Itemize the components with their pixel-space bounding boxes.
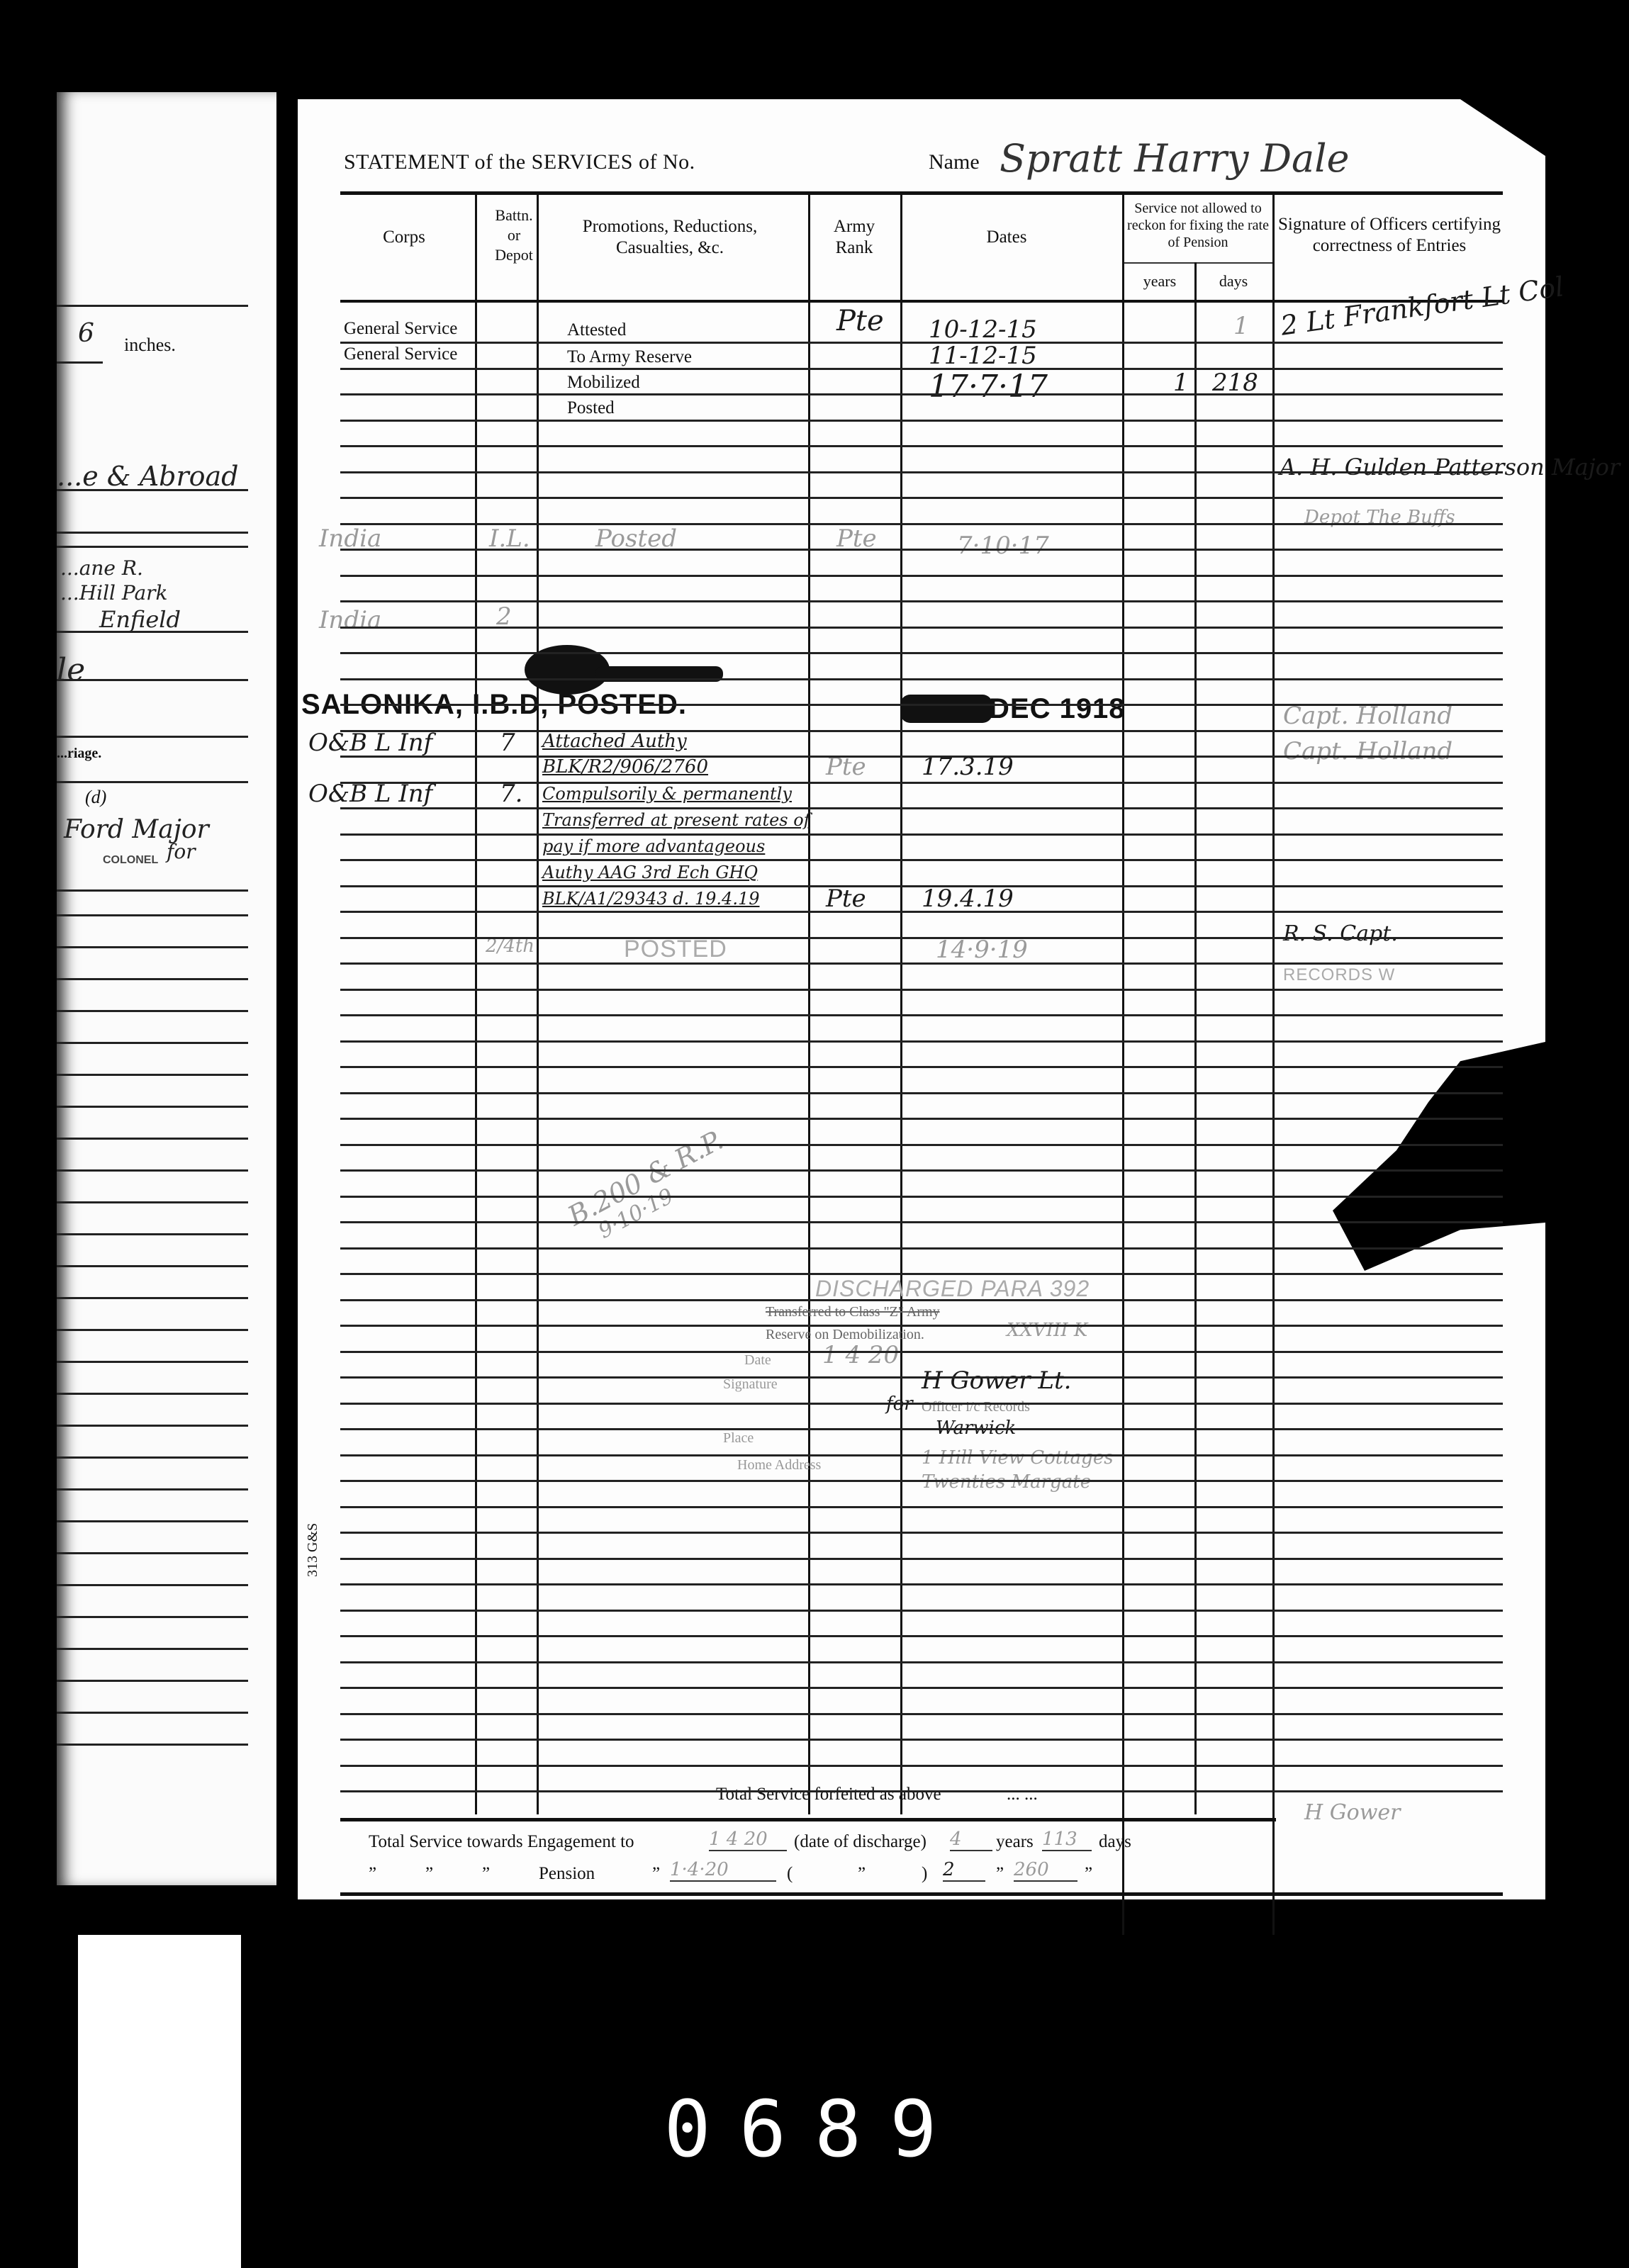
marriage-label: ...riage. xyxy=(57,746,101,762)
row-rule xyxy=(340,1325,1503,1327)
row-rule xyxy=(340,600,1503,602)
col-divider xyxy=(1194,262,1197,1814)
row-rule xyxy=(340,1196,1503,1198)
row-rule xyxy=(340,1169,1503,1172)
row-rule xyxy=(340,962,1503,965)
row7-event: Attached Authy BLK/R2/906/2760 xyxy=(542,729,805,780)
row4-event: Posted xyxy=(567,398,615,418)
row-rule xyxy=(340,1144,1503,1146)
signature-1: 2 Lt Frankfort Lt Col xyxy=(1279,271,1566,342)
row-rule xyxy=(340,704,1503,706)
row1-event: Attested xyxy=(567,320,626,340)
strip-rule xyxy=(57,978,248,980)
row2-date: 11-12-15 xyxy=(929,342,1037,370)
ditto-7: ” xyxy=(1085,1864,1092,1884)
row-rule xyxy=(340,1790,1503,1792)
pension-days: 260 xyxy=(1014,1859,1077,1882)
strip-hand-short: le xyxy=(57,652,85,688)
name-value: Spratt Harry Dale xyxy=(1000,136,1349,181)
strip-rule xyxy=(57,1680,248,1682)
form-code: 313 G&S xyxy=(305,1523,321,1577)
discharge-signature-label: Signature xyxy=(723,1376,778,1393)
engagement-years: 4 xyxy=(950,1829,992,1851)
row-rule xyxy=(340,627,1503,629)
discharge-place-label: Place xyxy=(723,1430,754,1447)
row-rule xyxy=(340,1014,1503,1016)
row-rule xyxy=(340,1610,1503,1612)
row1-date: 10-12-15 xyxy=(929,315,1037,344)
strip-rule xyxy=(57,889,248,892)
row-rule xyxy=(340,1118,1503,1120)
row-rule xyxy=(340,1299,1503,1301)
row-rule xyxy=(340,652,1503,654)
service-record-page: STATEMENT of the SERVICES of No. Name Sp… xyxy=(298,99,1545,1899)
row-rule xyxy=(340,885,1503,887)
ditto-3: ” xyxy=(482,1864,490,1884)
inches-label: inches. xyxy=(124,335,176,356)
row7-corps: O&B L Inf xyxy=(308,729,432,757)
discharge-para-code: XXVIII K xyxy=(1007,1320,1087,1341)
row2-event: To Army Reserve xyxy=(567,347,692,367)
row-rule xyxy=(340,1066,1503,1068)
header-army-rank: Army Rank xyxy=(822,216,886,259)
engagement-days: 113 xyxy=(1042,1829,1092,1851)
footnote-d: (d) xyxy=(85,787,106,808)
subheader-rule xyxy=(1124,262,1273,264)
strip-rule xyxy=(57,1648,248,1650)
strip-rule xyxy=(57,1488,248,1491)
row-rule xyxy=(340,393,1503,395)
ditto-4: ” xyxy=(652,1864,660,1884)
dec-1918-stamp: DEC 1918 xyxy=(989,693,1126,725)
col-divider xyxy=(900,191,902,1814)
row-rule xyxy=(340,989,1503,991)
header-rule-bottom xyxy=(340,300,1503,303)
row8-corps: O&B L Inf xyxy=(308,780,432,808)
row-rule xyxy=(340,1376,1503,1379)
row3-date: 17·7·17 xyxy=(929,369,1048,405)
strip-rule xyxy=(57,1201,248,1203)
row-rule xyxy=(340,1403,1503,1405)
row-rule xyxy=(340,575,1503,577)
row9-date: 14·9·19 xyxy=(936,936,1028,964)
ditto-5: ” xyxy=(858,1864,866,1884)
strip-rule xyxy=(57,781,248,783)
row6-corps: India xyxy=(319,606,381,634)
pension-years: 2 xyxy=(943,1859,985,1882)
discharge-signature-value: H Gower Lt. xyxy=(922,1366,1071,1395)
row-rule xyxy=(340,730,1503,732)
row-rule xyxy=(340,1040,1503,1043)
row-rule xyxy=(340,420,1503,422)
page-title: STATEMENT of the SERVICES of No. xyxy=(344,150,695,174)
strip-rule xyxy=(57,532,248,534)
discharge-label: (date of discharge) xyxy=(794,1832,927,1852)
col-divider xyxy=(537,191,539,1814)
strip-rule xyxy=(57,679,248,681)
row8-date: 19.4.19 xyxy=(922,885,1014,913)
row-rule xyxy=(340,1635,1503,1637)
row-rule xyxy=(340,1428,1503,1430)
officer-suffix: for xyxy=(167,840,196,863)
strip-rule xyxy=(57,546,248,548)
strip-rule xyxy=(57,305,248,307)
years-label: years xyxy=(996,1832,1034,1852)
signature-2: A. H. Gulden Patterson Major xyxy=(1280,454,1620,481)
row1-corps: General Service xyxy=(344,319,457,339)
strip-rule xyxy=(57,1010,248,1012)
strip-rule xyxy=(57,1329,248,1331)
engagement-date: 1 4 20 xyxy=(709,1829,787,1851)
col-divider xyxy=(1272,191,1275,1935)
row-rule xyxy=(340,833,1503,836)
forfeited-label: Total Service forfeited as above xyxy=(716,1785,941,1804)
discharge-address-label: Home Address xyxy=(737,1457,821,1473)
row8-rank: Pte xyxy=(826,885,866,913)
strip-rule xyxy=(57,1361,248,1363)
strip-rule xyxy=(57,1552,248,1554)
pension-label: Pension xyxy=(539,1864,595,1884)
row-rule xyxy=(340,368,1503,370)
header-corps: Corps xyxy=(347,227,461,248)
row-rule xyxy=(340,1273,1503,1275)
header-rule-top xyxy=(340,191,1503,195)
col-divider xyxy=(1122,191,1124,1935)
row-rule xyxy=(340,1092,1503,1094)
name-label: Name xyxy=(929,150,980,174)
discharge-address-value: 1 Hill View Cottages Twenties Margate xyxy=(922,1446,1134,1494)
row2-corps: General Service xyxy=(344,344,457,364)
ditto-1: ” xyxy=(369,1864,376,1884)
strip-rule xyxy=(57,1584,248,1586)
row3-event: Mobilized xyxy=(567,373,640,393)
header-signature: Signature of Officers certifying correct… xyxy=(1276,214,1503,257)
row-rule xyxy=(340,937,1503,939)
row-rule xyxy=(340,859,1503,861)
row-rule xyxy=(340,911,1503,913)
strip-rule xyxy=(57,914,248,916)
row-rule xyxy=(340,807,1503,809)
row-rule xyxy=(340,1765,1503,1767)
row9-event: POSTED xyxy=(624,936,727,963)
discharge-officer-label: Officer i/c Records xyxy=(922,1399,1030,1415)
header-dates: Dates xyxy=(914,227,1099,248)
row-rule xyxy=(340,1532,1503,1534)
strip-rule xyxy=(57,1106,248,1108)
row8-event: Compulsorily & permanently Transferred a… xyxy=(542,781,812,912)
strip-rule xyxy=(57,1042,248,1044)
row-rule xyxy=(340,782,1503,784)
row-rule xyxy=(340,471,1503,473)
row-rule xyxy=(340,1506,1503,1508)
header-battn: Battn. or Depot xyxy=(493,206,535,265)
strip-rule xyxy=(57,1265,248,1267)
address-line-1: ...ane R. xyxy=(60,556,143,580)
row7-battn: 7 xyxy=(500,729,515,757)
row-rule xyxy=(340,1221,1503,1223)
row-rule xyxy=(340,1713,1503,1715)
strip-rule xyxy=(57,1074,248,1076)
address-line-2: ...Hill Park xyxy=(60,581,168,605)
header-promotions: Promotions, Reductions, Casualties, &c. xyxy=(553,216,787,259)
strip-rule xyxy=(57,1712,248,1714)
strip-rule xyxy=(57,1233,248,1235)
totals-rule xyxy=(340,1818,1276,1821)
bottom-signature: H Gower xyxy=(1304,1800,1401,1825)
discharge-heading: DISCHARGED PARA 392 xyxy=(815,1276,1090,1302)
stamp-smudge xyxy=(900,695,992,723)
row-rule xyxy=(340,1739,1503,1741)
row-rule xyxy=(340,1454,1503,1456)
col-divider xyxy=(475,191,477,1814)
row1-days: 1 xyxy=(1233,312,1249,340)
row-rule xyxy=(340,342,1503,344)
height-inches-value: 6 xyxy=(78,319,94,348)
discharge-date-label: Date xyxy=(744,1352,771,1369)
row-rule xyxy=(340,1661,1503,1663)
abroad-text: ...e & Abroad xyxy=(57,461,239,492)
discharge-line-1: Transferred to Class "Z" Army xyxy=(766,1304,940,1320)
left-page-strip: 6 inches. ...e & Abroad ...ane R. ...Hil… xyxy=(57,92,276,1885)
engagement-label: Total Service towards Engagement to xyxy=(369,1832,634,1852)
strip-rule xyxy=(57,489,248,491)
records-stamp: RECORDS W xyxy=(1283,965,1395,985)
strip-rule xyxy=(57,1297,248,1299)
signature-4: Capt. Holland xyxy=(1283,737,1452,765)
strip-rule xyxy=(57,1520,248,1522)
frame-number: 0689 xyxy=(0,2084,1629,2174)
row-rule xyxy=(340,1351,1503,1353)
row5-date: 7·10·17 xyxy=(957,532,1049,560)
strip-rule xyxy=(57,1169,248,1172)
strip-rule xyxy=(57,1456,248,1459)
signature-3: Capt. Holland xyxy=(1283,702,1452,730)
ditto-6: ” xyxy=(996,1864,1004,1884)
strip-rule xyxy=(57,946,248,948)
row-rule xyxy=(340,445,1503,447)
row3-days: 218 xyxy=(1212,369,1258,397)
strip-rule xyxy=(57,1138,248,1140)
pension-date: 1·4·20 xyxy=(670,1859,776,1882)
header-years: years xyxy=(1124,271,1195,292)
row-rule xyxy=(340,678,1503,680)
forfeited-dots: ... ... xyxy=(1007,1785,1038,1804)
row8-battn: 7. xyxy=(500,780,522,808)
header-days: days xyxy=(1198,271,1269,292)
days-label: days xyxy=(1099,1832,1131,1852)
row1-rank: Pte xyxy=(836,305,884,337)
row3-years: 1 xyxy=(1173,369,1189,397)
torn-corner xyxy=(1460,99,1545,156)
row-rule xyxy=(340,1480,1503,1482)
strip-rule xyxy=(57,1744,248,1746)
strip-rule xyxy=(57,1425,248,1427)
row-rule xyxy=(340,756,1503,758)
signature-5: R. S. Capt. xyxy=(1283,921,1398,946)
row-rule xyxy=(340,497,1503,499)
address-line-3: Enfield xyxy=(99,606,181,633)
discharge-date-value: 1 4 20 xyxy=(822,1341,899,1369)
row-rule xyxy=(340,1687,1503,1689)
row-rule xyxy=(340,523,1503,525)
row-rule xyxy=(340,1558,1503,1560)
strip-rule xyxy=(57,736,248,738)
torn-hole xyxy=(1333,1042,1545,1283)
colonel-stamp: COLONEL xyxy=(103,854,158,867)
strip-rule xyxy=(57,361,103,364)
row-rule xyxy=(340,1247,1503,1250)
row-rule xyxy=(340,549,1503,551)
row-rule xyxy=(340,1583,1503,1585)
ditto-2: ” xyxy=(425,1864,433,1884)
bottom-rule xyxy=(340,1892,1503,1896)
col-divider xyxy=(808,191,810,1814)
strip-rule xyxy=(57,1393,248,1395)
header-service-not-allowed: Service not allowed to reckon for fixing… xyxy=(1127,200,1269,251)
strip-rule xyxy=(57,631,248,633)
strip-rule xyxy=(57,1616,248,1618)
